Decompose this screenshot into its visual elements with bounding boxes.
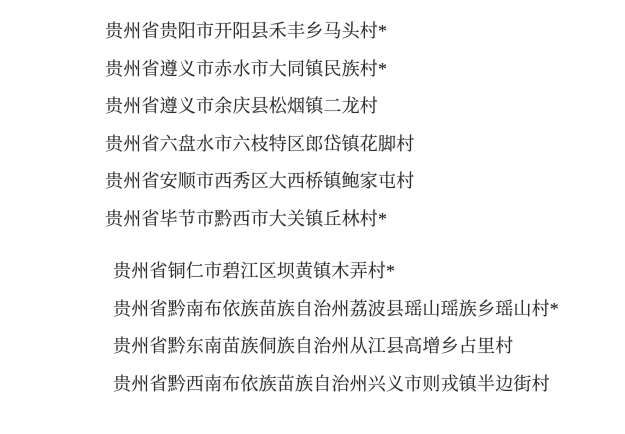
village-list-item: 贵州省毕节市黔西市大关镇丘林村* — [105, 201, 625, 239]
village-list-group-1: 贵州省贵阳市开阳县禾丰乡马头村* 贵州省遵义市赤水市大同镇民族村* 贵州省遵义市… — [0, 13, 625, 238]
village-list-item: 贵州省贵阳市开阳县禾丰乡马头村* — [105, 13, 625, 51]
village-list-item: 贵州省铜仁市碧江区坝黄镇木弄村* — [113, 253, 625, 291]
village-list-item: 贵州省黔西南布依族苗族自治州兴义市则戎镇半边街村 — [113, 366, 625, 404]
document-page: 贵州省贵阳市开阳县禾丰乡马头村* 贵州省遵义市赤水市大同镇民族村* 贵州省遵义市… — [0, 0, 625, 434]
village-list-item: 贵州省遵义市余庆县松烟镇二龙村 — [105, 88, 625, 126]
village-list-group-2: 贵州省铜仁市碧江区坝黄镇木弄村* 贵州省黔南布依族苗族自治州荔波县瑶山瑶族乡瑶山… — [0, 253, 625, 403]
village-list-item: 贵州省安顺市西秀区大西桥镇鲍家屯村 — [105, 163, 625, 201]
village-list-item: 贵州省六盘水市六枝特区郎岱镇花脚村 — [105, 126, 625, 164]
village-list-item: 贵州省黔南布依族苗族自治州荔波县瑶山瑶族乡瑶山村* — [113, 291, 625, 329]
village-list-item: 贵州省黔东南苗族侗族自治州从江县高增乡占里村 — [113, 328, 625, 366]
village-list-item: 贵州省遵义市赤水市大同镇民族村* — [105, 51, 625, 89]
